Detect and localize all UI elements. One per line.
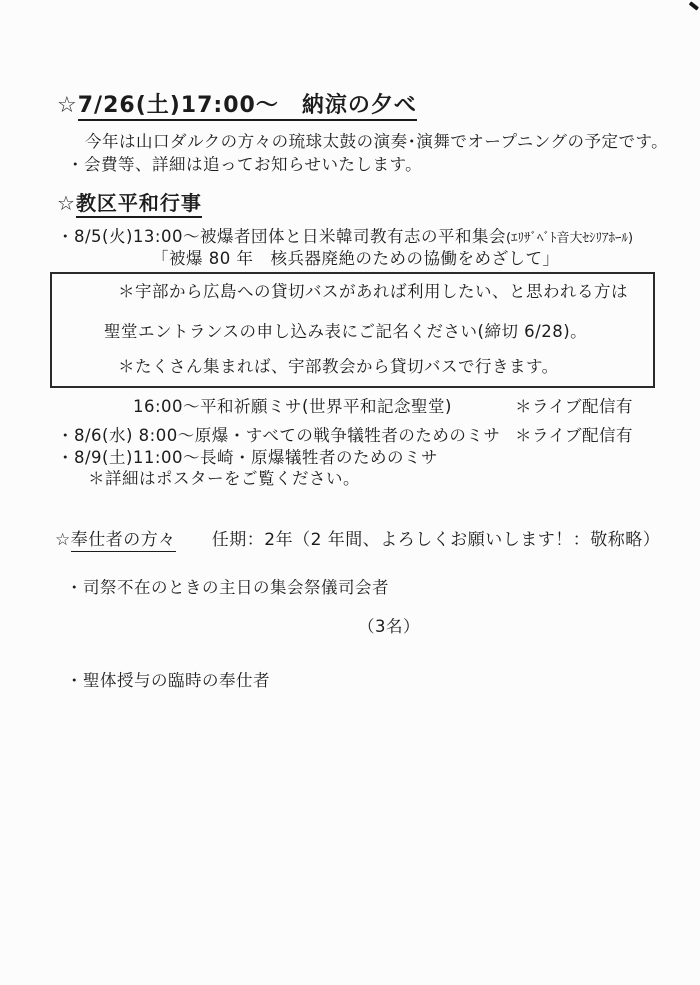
- peace-aug5-venue: (ｴﾘｻﾞﾍﾞﾄ音大ｾｼﾘｱﾎｰﾙ): [506, 231, 633, 246]
- peace-live-note-2: ＊ライブ配信有: [515, 426, 633, 447]
- scan-artifact-mark: [689, 1, 699, 10]
- volunteers-presider-line: ・司祭不在のときの主日の集会祭儀司会者: [66, 578, 389, 599]
- peace-section-title: 教区平和行事: [76, 191, 202, 218]
- peace-aug5-theme: 「被爆 80 年 核兵器廃絶のための協働をめざして」: [152, 249, 560, 270]
- event-fee-note: ・会費等、詳細は追ってお知らせいたします。: [67, 155, 422, 176]
- peace-live-note-1: ＊ライブ配信有: [515, 397, 633, 418]
- volunteers-count: （3名）: [358, 617, 420, 638]
- bus-box-line3: ＊たくさん集まれば、宇部教会から貸切バスで行きます。: [118, 357, 559, 378]
- event-title-line: ☆7/26(土)17:00～ 納涼の夕べ: [57, 92, 417, 120]
- volunteers-title: 奉仕者の方々: [71, 530, 176, 552]
- star-icon: ☆: [57, 93, 78, 118]
- bus-box-line2: 聖堂エントランスの申し込み表にご記名ください(締切 6/28)。: [104, 322, 587, 343]
- event-intro: 今年は山口ダルクの方々の琉球太鼓の演奏･演舞でオープニングの予定です。: [85, 132, 668, 153]
- peace-poster-note: ＊詳細はポスターをご覧ください。: [88, 469, 360, 490]
- volunteers-heading-line: ☆奉仕者の方々任期：2年（2 年間、よろしくお願いします！：敬称略）: [55, 530, 660, 551]
- star-icon: ☆: [57, 191, 76, 215]
- peace-mass-1600: 16:00～平和祈願ミサ(世界平和記念聖堂): [133, 397, 452, 418]
- volunteers-eucharist-line: ・聖体授与の臨時の奉仕者: [66, 671, 270, 692]
- peace-aug6-line: ・8/6(水) 8:00～原爆・すべての戦争犠牲者のためのミサ: [57, 426, 500, 447]
- bus-box-line1: ＊宇部から広島への貸切バスがあれば利用したい、と思われる方は: [118, 282, 628, 303]
- star-icon: ☆: [55, 530, 71, 550]
- peace-aug9-line: ・8/9(土)11:00～長崎・原爆犠牲者のためのミサ: [57, 448, 438, 469]
- bus-info-box: ＊宇部から広島への貸切バスがあれば利用したい、と思われる方は 聖堂エントランスの…: [50, 272, 655, 388]
- scanned-document-page: ☆7/26(土)17:00～ 納涼の夕べ 今年は山口ダルクの方々の琉球太鼓の演奏…: [0, 0, 700, 985]
- event-title: 7/26(土)17:00～ 納涼の夕べ: [78, 93, 417, 121]
- peace-aug5-text: ・8/5(火)13:00～被爆者団体と日米韓司教有志の平和集会: [57, 227, 506, 246]
- peace-aug5-line: ・8/5(火)13:00～被爆者団体と日米韓司教有志の平和集会(ｴﾘｻﾞﾍﾞﾄ音…: [57, 227, 633, 248]
- volunteers-term: 任期：2年（2 年間、よろしくお願いします！：敬称略）: [212, 530, 661, 550]
- peace-section-heading: ☆教区平和行事: [57, 191, 202, 216]
